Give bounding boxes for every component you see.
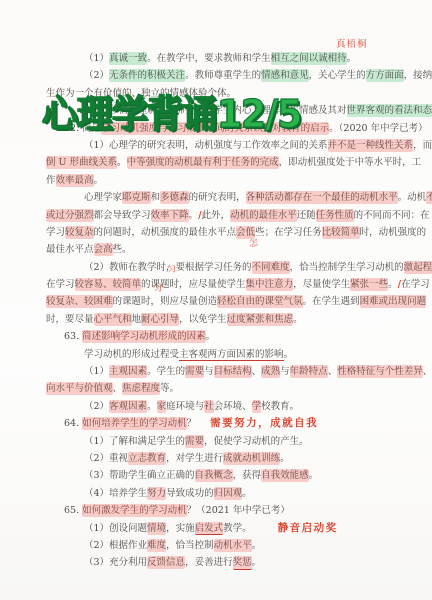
text-segment: 轻松自由的课堂气氛 bbox=[217, 295, 303, 308]
text-segment: 较复杂、较困难 bbox=[46, 295, 113, 308]
text-segment: 、 bbox=[113, 383, 123, 394]
text-segment: 学 bbox=[252, 400, 262, 413]
text-segment: （2）根据作业 bbox=[84, 540, 147, 551]
text-segment: 各种活动都存在一个最佳的动机水平 bbox=[246, 191, 398, 204]
text-segment: 。 bbox=[94, 175, 104, 186]
text-segment: 。 bbox=[242, 488, 252, 499]
text-segment: 、 bbox=[423, 366, 432, 377]
text-segment: 在学习 bbox=[46, 279, 75, 290]
text-line: （2）教师在教学时，要根据学习任务的不同难度，恰当控制学生学习动机的激起程度。/ bbox=[46, 259, 426, 276]
text-segment: 65. bbox=[64, 505, 82, 516]
text-segment: 教学。 bbox=[223, 523, 252, 534]
text-line: 63. 简述影响学习动机形成的因素。 bbox=[46, 328, 426, 345]
text-segment: 会环境、 bbox=[214, 401, 252, 412]
text-segment: 主客观两方面因素的影响 bbox=[179, 349, 284, 362]
text-segment: 成熟 bbox=[261, 365, 280, 378]
text-line: 65. 如何激发学生的学习动机？（2021 年中学已考） bbox=[46, 502, 426, 519]
text-segment: 等。 bbox=[160, 383, 179, 394]
text-segment: 向水平与价值观 bbox=[46, 382, 113, 395]
text-segment: （1）创设问题 bbox=[84, 523, 147, 534]
text-segment: 效率下降 bbox=[151, 209, 189, 222]
text-segment: 此外， bbox=[202, 210, 231, 221]
text-segment: 。 bbox=[189, 210, 199, 221]
text-segment: 时，动机强度的 bbox=[360, 227, 427, 238]
text-line: （2）重视立志教育，对学生进行成就动机训练。 bbox=[46, 450, 426, 467]
text-line: （1）了解和满足学生的需要，促使学习动机的产生。 bbox=[46, 433, 426, 450]
text-segment: 和 bbox=[151, 192, 161, 203]
text-segment: 年龄特点 bbox=[290, 365, 328, 378]
text-segment: ？（2021 年中学已考） bbox=[187, 505, 290, 516]
text-segment: 与 bbox=[280, 366, 290, 377]
text-segment: 会高 bbox=[94, 243, 113, 256]
text-line: （1）主观因素。学生的需要与目标结构、成熟与年龄特点、性格特征与个性差异、志 bbox=[46, 363, 426, 380]
text-segment: ，实施 bbox=[166, 523, 195, 534]
text-segment: 些；在学习任务 bbox=[255, 227, 322, 238]
text-segment: 集中注意力 bbox=[246, 278, 294, 291]
text-segment: 在学习 bbox=[401, 279, 430, 290]
text-segment: 63. bbox=[64, 331, 82, 342]
text-segment: 。 bbox=[147, 401, 157, 412]
text-line: 在学习较容易、较简单的课题时，应尽量使学生集中注意力，尽量使学生紧张一些。/在学… bbox=[46, 276, 426, 293]
text-segment: 如何培养学生的学习动机 bbox=[82, 417, 187, 430]
text-segment: 的不同而不同：在 bbox=[354, 210, 430, 221]
text-line: 较复杂、较困难的课题时，则应尽量创造轻松自由的课堂气氛。在学生遇到困难或出现问题 bbox=[46, 293, 426, 310]
text-segment: 动机的最佳水平 bbox=[230, 209, 297, 222]
text-segment: 启发式 bbox=[195, 522, 224, 536]
text-segment: 、 bbox=[328, 366, 338, 377]
text-segment: 如何激发学生的学习动机 bbox=[82, 504, 187, 517]
text-segment: 耶克斯 bbox=[122, 191, 151, 204]
text-segment: 家 bbox=[157, 400, 167, 413]
text-segment: 。（2020 年中学已考） bbox=[329, 123, 427, 134]
text-segment: 自我效能感 bbox=[261, 469, 309, 482]
text-line: （2）无条件的积极关注。教师尊重学生的情感和意见，关心学生的方方面面，接纳学 bbox=[46, 67, 426, 84]
text-segment: ，妥善进行 bbox=[185, 557, 233, 568]
text-segment: 些。 bbox=[113, 244, 132, 255]
text-segment: 。 bbox=[388, 279, 398, 290]
text-segment: （2）重视 bbox=[84, 453, 128, 464]
text-line: （1）创设问题情境，实施启发式教学。静音启动奖 bbox=[46, 520, 426, 537]
text-line: （1）真诚一致。在教学中，要求教师和学生相互之间以诚相待。 bbox=[46, 50, 426, 67]
text-segment: 反馈信息 bbox=[147, 556, 185, 569]
text-segment: 焦虑程度 bbox=[122, 382, 160, 395]
handwritten-note: 静音启动奖 bbox=[278, 522, 338, 534]
text-segment: 。 bbox=[347, 53, 357, 64]
text-segment: 学习动机的形成过程受 bbox=[84, 349, 179, 360]
text-segment: ，促使学习动机的产生。 bbox=[204, 436, 309, 447]
text-segment: 过度紧张和焦虑 bbox=[227, 313, 294, 326]
text-segment: 。 bbox=[206, 331, 216, 342]
text-segment: 多德森 bbox=[160, 191, 189, 204]
text-segment: 。学生的 bbox=[147, 366, 185, 377]
text-segment: （1） bbox=[84, 53, 109, 64]
text-segment: 时，要尽量 bbox=[46, 314, 94, 325]
text-line: 或过分强烈都会导致学习效率下降。/此外，动机的最佳水平还随任务性质的不同而不同：… bbox=[46, 207, 426, 224]
text-segment: 紧张一些 bbox=[350, 278, 388, 291]
text-segment: ，对学生进行 bbox=[166, 453, 223, 464]
text-segment: 不足 bbox=[426, 191, 432, 204]
text-segment: ，获得 bbox=[233, 470, 262, 481]
text-segment: 难度 bbox=[147, 539, 166, 552]
text-segment: 中等强度的动机最有利于任务的完成 bbox=[127, 156, 279, 169]
text-segment: 客观因素 bbox=[109, 400, 147, 413]
green-watermark: 心理学背诵12/5 bbox=[42, 84, 301, 138]
text-segment: 不同难度 bbox=[252, 261, 290, 274]
text-line: （3）帮助学生确立正确的自我概念，获得自我效能感。 bbox=[46, 467, 426, 484]
text-segment: 。在教学中，要求教师和学生 bbox=[147, 53, 271, 64]
text-segment: ，关心学生的 bbox=[309, 70, 366, 81]
text-segment: ，以免学生 bbox=[179, 314, 227, 325]
text-segment: 地 bbox=[132, 314, 142, 325]
text-segment: 真诚一致 bbox=[109, 52, 147, 65]
text-segment: 无条件的积极关注 bbox=[109, 69, 185, 82]
text-segment: 激起程度 bbox=[404, 261, 432, 274]
text-segment: 。 bbox=[284, 349, 294, 360]
text-line: （2）根据作业难度，恰当控制动机水平。 bbox=[46, 537, 426, 554]
text-segment: 目标结构 bbox=[214, 365, 252, 378]
text-segment: 64. bbox=[64, 418, 82, 429]
text-line: （3）充分利用反馈信息，妥善进行奖惩。 bbox=[46, 554, 426, 571]
text-segment: 的课题时，则应尽量创造 bbox=[113, 296, 218, 307]
text-segment: 性格特征与个性差异 bbox=[337, 365, 423, 378]
text-segment: 自我概念 bbox=[195, 469, 233, 482]
text-segment: 与 bbox=[204, 366, 214, 377]
text-segment: 相互之间以诚相待 bbox=[271, 52, 347, 65]
text-line: 最佳水平点会高些。 bbox=[46, 241, 426, 258]
text-line: 作效率最高。 bbox=[46, 172, 426, 189]
text-segment: ，尽量使学生 bbox=[293, 279, 350, 290]
text-segment: （1）了解和满足学生的 bbox=[84, 436, 185, 447]
text-segment: 心平气和 bbox=[94, 313, 132, 326]
text-segment: 校教育。 bbox=[261, 401, 299, 412]
text-line: 学习动机的形成过程受主客观两方面因素的影响。 bbox=[46, 346, 426, 363]
text-segment: 主观因素 bbox=[109, 365, 147, 378]
text-segment: 努力 bbox=[147, 487, 166, 500]
text-line: （2）客观因素。家庭环境与社会环境、学校教育。 bbox=[46, 398, 426, 415]
text-segment: （3）帮助学生确立正确的 bbox=[84, 470, 195, 481]
text-segment: 困难或出现问题 bbox=[360, 295, 427, 308]
text-segment: 都会导致学习 bbox=[94, 210, 151, 221]
text-segment: 。 bbox=[309, 470, 319, 481]
text-segment: （2） bbox=[84, 401, 109, 412]
text-segment: 、 bbox=[252, 366, 262, 377]
text-segment: 。在学生遇到 bbox=[303, 296, 360, 307]
text-segment: （4）培养学生 bbox=[84, 488, 147, 499]
text-segment: ，接纳学 bbox=[404, 70, 432, 81]
text-segment: 奖惩 bbox=[233, 556, 252, 570]
text-segment: 。 bbox=[293, 314, 303, 325]
text-segment: ，恰当控制学生学习动机的 bbox=[290, 262, 404, 273]
document-page: 真梧桐 （1）真诚一致。在教学中，要求教师和学生相互之间以诚相待。（2）无条件的… bbox=[0, 0, 432, 600]
text-line: 时，要尽量心平气和地耐心引导，以免学生过度紧张和焦虑。 bbox=[46, 311, 426, 328]
text-segment: （1）心理学的研究表明，动机强度与工作效率之间的关系 bbox=[84, 140, 328, 151]
text-segment: 还随 bbox=[297, 210, 316, 221]
text-segment: 的研究表明， bbox=[189, 192, 246, 203]
text-segment: 倒 U 形曲线关系 bbox=[46, 156, 117, 169]
text-segment: 情感和意见 bbox=[261, 69, 309, 82]
text-line: 向水平与价值观、焦虑程度等。 bbox=[46, 380, 426, 397]
text-segment: 社 bbox=[204, 400, 214, 413]
text-segment: 需要 bbox=[185, 365, 204, 378]
text-segment: 。 bbox=[280, 453, 290, 464]
text-segment: 世界客观的看法和态度。 bbox=[347, 104, 432, 117]
text-segment: 。 bbox=[252, 557, 262, 568]
text-segment: 情境 bbox=[147, 522, 166, 535]
text-line: （1）心理学的研究表明，动机强度与工作效率之间的关系并不是一种线性关系，而是 bbox=[46, 137, 426, 154]
handwritten-mark: 匀 bbox=[166, 261, 177, 275]
text-segment: 耐心引导 bbox=[141, 313, 179, 326]
text-segment: 。教师尊重学生的 bbox=[185, 70, 261, 81]
text-segment: （3）充分利用 bbox=[84, 557, 147, 568]
text-line: 64. 如何培养学生的学习动机？需要努力，成就自我 bbox=[46, 415, 426, 432]
text-segment: 归因观 bbox=[214, 487, 243, 500]
text-segment: 心理学家 bbox=[84, 192, 122, 203]
text-segment: 并不是一种线性关系 bbox=[328, 139, 414, 152]
text-segment: 成就动机训练 bbox=[223, 452, 280, 465]
text-segment: 学习 bbox=[46, 227, 65, 238]
text-segment: 较复杂 bbox=[65, 226, 94, 239]
text-segment: （1） bbox=[84, 366, 109, 377]
handwritten-note: 需要努力，成就自我 bbox=[210, 417, 318, 429]
handwritten-mark: 匀 bbox=[152, 280, 163, 294]
text-segment: 的问题时，动机强度的最佳水平点 bbox=[94, 227, 237, 238]
text-segment: 。动机 bbox=[398, 192, 427, 203]
text-segment: 立志教育 bbox=[128, 452, 166, 465]
handwritten-mark: 怎 bbox=[248, 235, 259, 249]
corner-handwritten-note: 真梧桐 bbox=[336, 36, 368, 50]
text-segment: 任务性质 bbox=[316, 209, 354, 222]
text-segment: 庭环境与 bbox=[166, 401, 204, 412]
text-segment: 。 bbox=[252, 540, 262, 551]
text-segment: 方方面面 bbox=[366, 69, 404, 82]
text-segment: （2） bbox=[84, 70, 109, 81]
text-segment: 较容易、较简单 bbox=[75, 278, 142, 291]
text-segment: 作 bbox=[46, 175, 56, 186]
text-line: 倒 U 形曲线关系。中等强度的动机最有利于任务的完成，即动机强度处于中等水平时，… bbox=[46, 154, 426, 171]
text-segment: 动机水平 bbox=[214, 539, 252, 552]
text-segment: ，恰当控制 bbox=[166, 540, 214, 551]
text-segment: ？ bbox=[187, 418, 197, 429]
text-segment: 。 bbox=[117, 157, 127, 168]
text-line: 心理学家耶克斯和多德森的研究表明，各种活动都存在一个最佳的动机水平。动机不足 bbox=[46, 189, 426, 206]
text-segment: 或过分强烈 bbox=[46, 209, 94, 222]
text-segment: ，而是 bbox=[413, 140, 432, 151]
text-segment: 效率最高 bbox=[56, 174, 94, 187]
text-segment: 比较简单 bbox=[322, 226, 360, 239]
text-segment: 导致成功的 bbox=[166, 488, 214, 499]
text-segment: 简述影响学习动机形成的因素 bbox=[82, 330, 206, 343]
text-line: （4）培养学生努力导致成功的归因观。 bbox=[46, 485, 426, 502]
text-segment: 需要 bbox=[185, 435, 204, 448]
text-line: 学习较复杂的问题时，动机强度的最佳水平点会低些；在学习任务比较简单时，动机强度的 bbox=[46, 224, 426, 241]
text-segment: ，即动机强度处于中等水平时，工 bbox=[279, 157, 422, 168]
text-segment: 最佳水平点 bbox=[46, 244, 94, 255]
